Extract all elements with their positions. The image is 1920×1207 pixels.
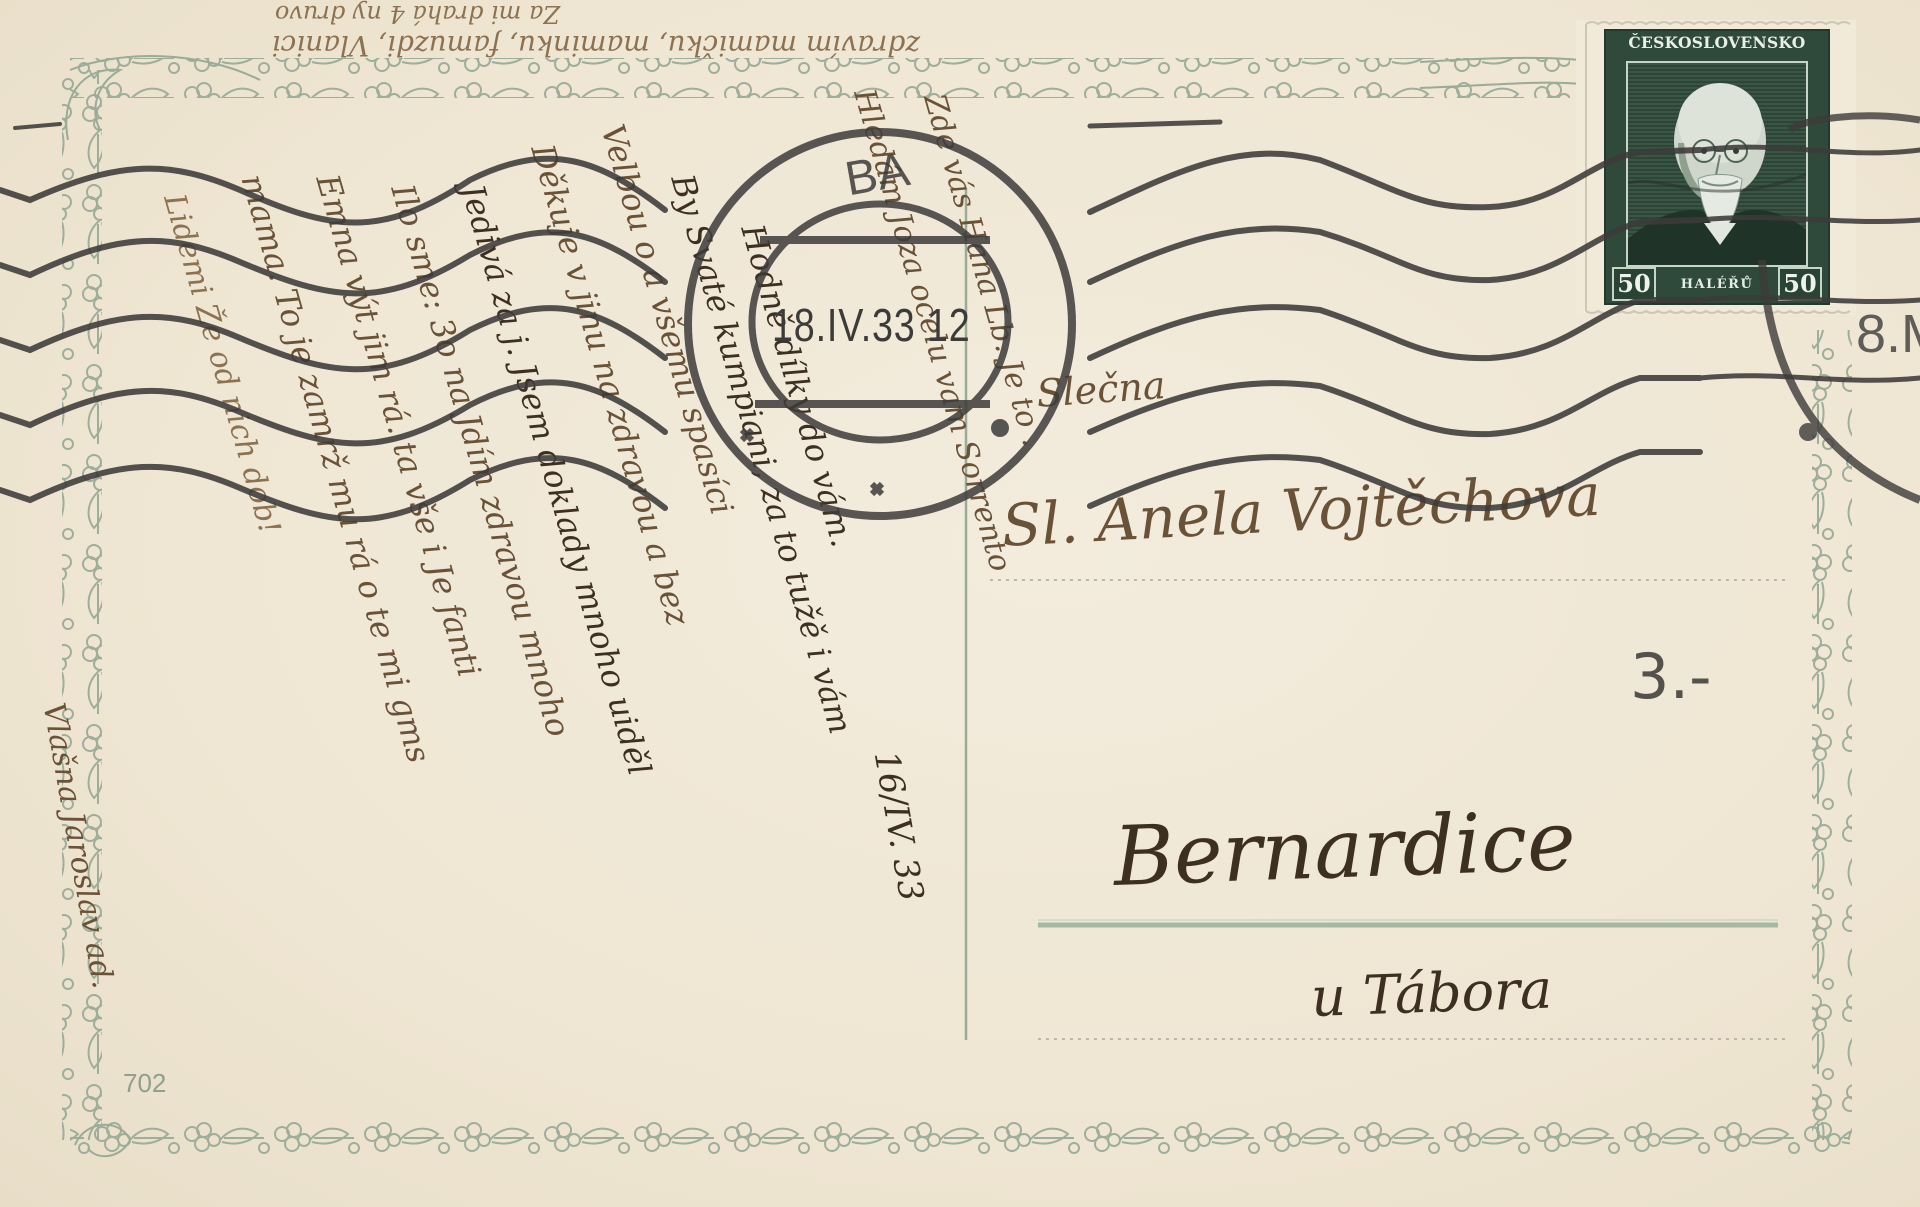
right-postmark-date: 8.M: [1856, 304, 1920, 364]
cancellation-marks: BA 8.M: [0, 0, 1920, 1207]
postmark-town: BA: [841, 143, 913, 206]
postmark-date: 18.IV.33 12: [772, 298, 971, 352]
postcard: 702 ČESKOSLOVENSKO: [0, 0, 1920, 1207]
